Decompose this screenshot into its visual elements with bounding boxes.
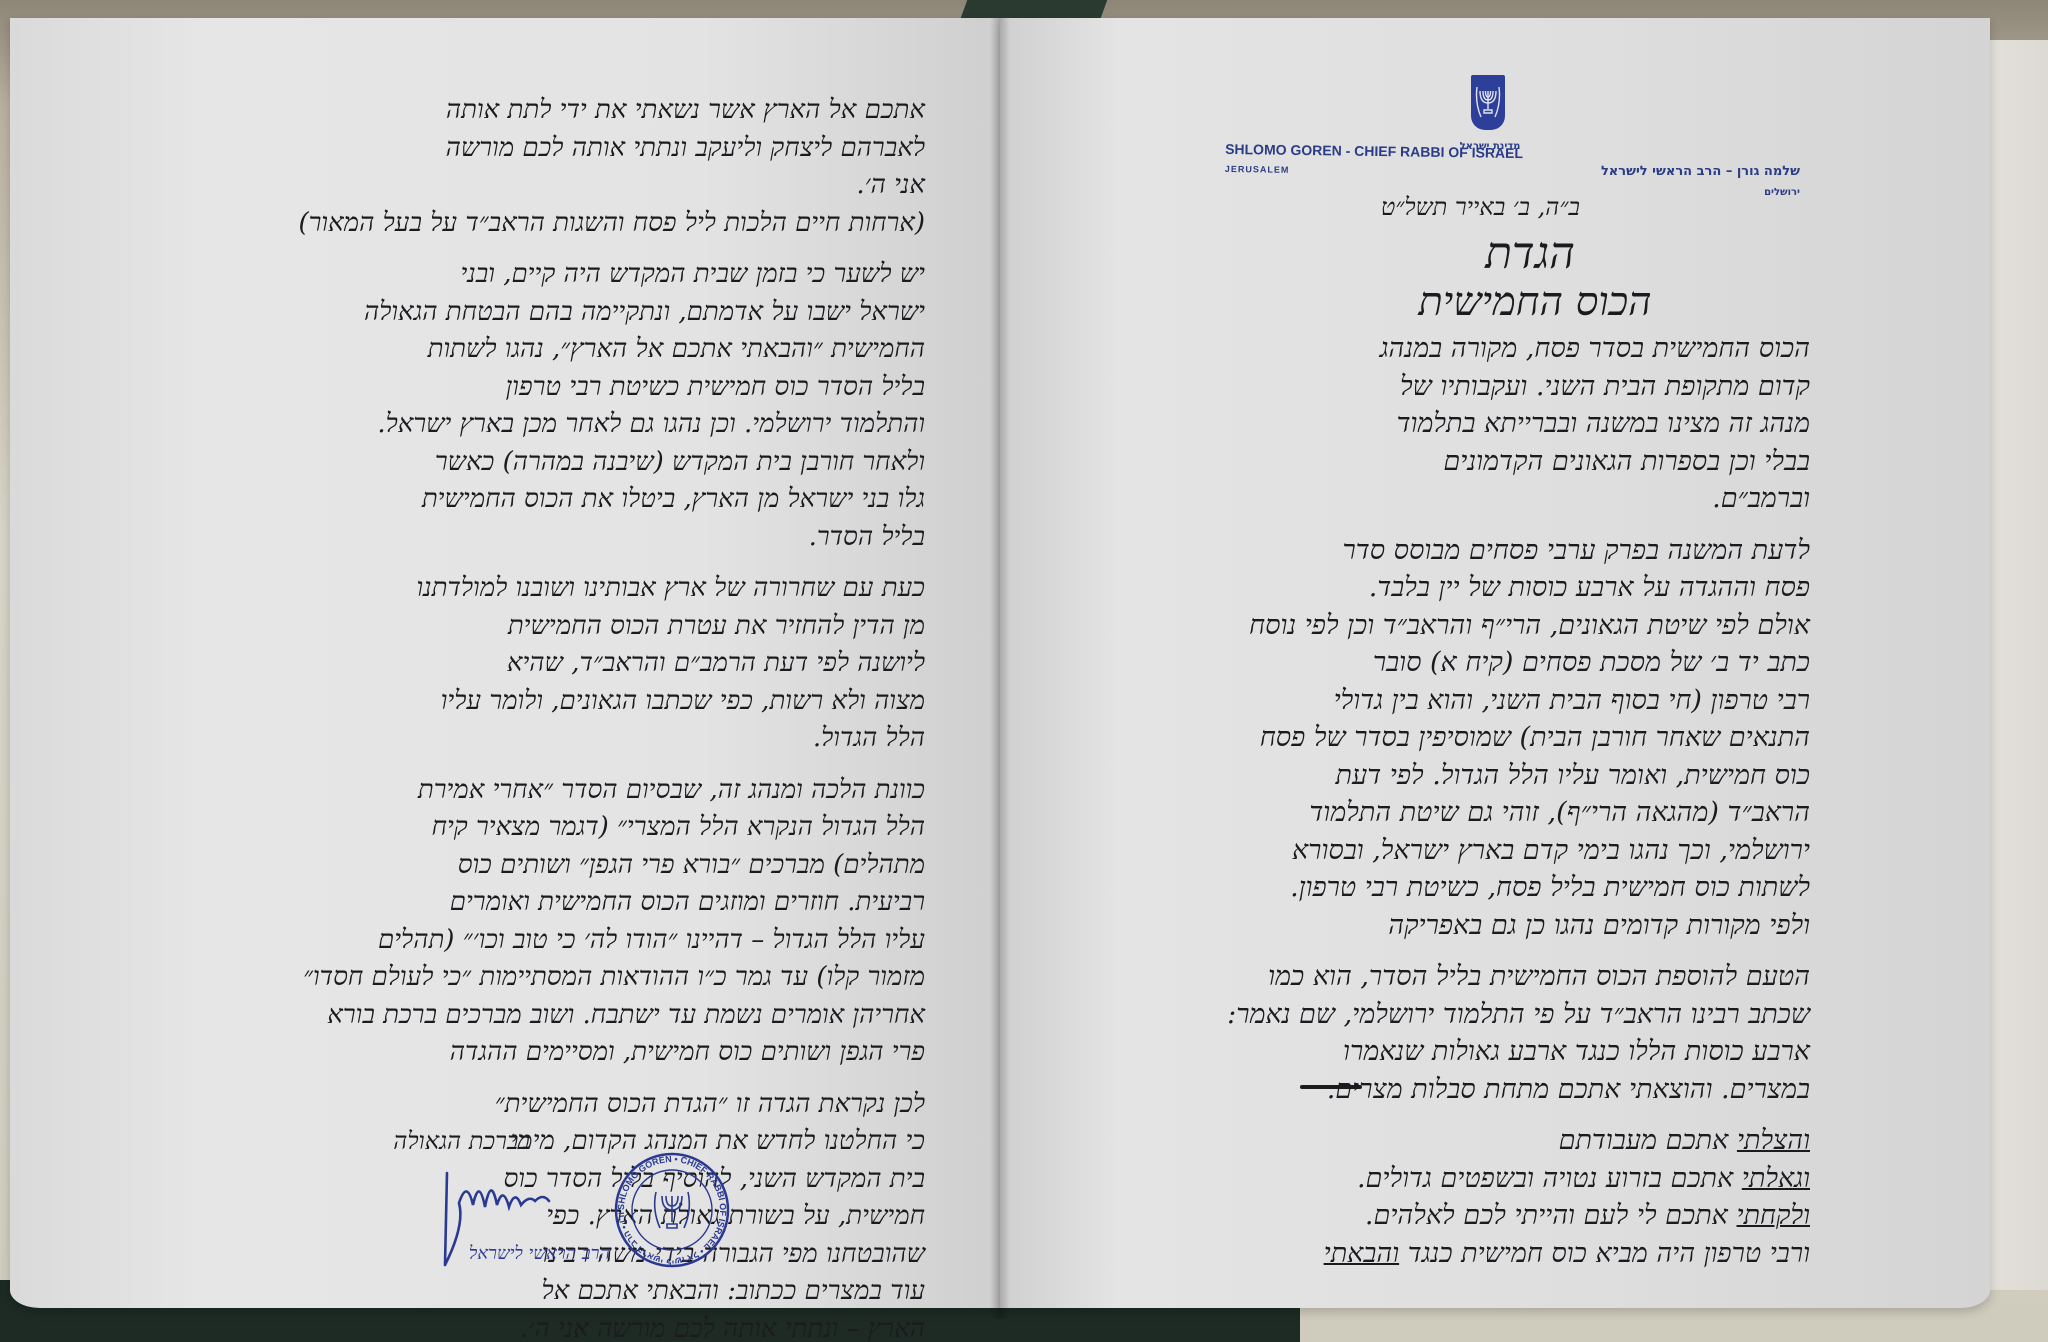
- left_page-text-line: מתהלים) מברכים ״בורא פרי הגפן״ ושותים כו…: [225, 847, 925, 885]
- paragraph-gap: [1190, 944, 1810, 958]
- left_page-text-line: בליל הסדר כוס חמישית כשיטת רבי טרפון: [225, 369, 925, 407]
- signature-title: הרב הראשי לישראל: [430, 1243, 610, 1264]
- letterhead-english-name: SHLOMO GOREN - CHIEF RABBI OF ISRAEL: [1225, 141, 1523, 161]
- right_page-text-line: פסח וההגדה על ארבע כוסות של יין בלבד.: [1190, 569, 1810, 607]
- book-gutter: [990, 18, 1010, 1318]
- left_page-text-line: אחריהן אומרים נשמת עד ישתבח. ושוב מברכים…: [225, 997, 925, 1035]
- left_page-text-line: מזמור קלו) עד גמר כ״ו ההודאות המסתיימות …: [225, 959, 925, 997]
- state-emblem-icon: [1471, 75, 1505, 130]
- left_page-text-line: לאברהם ליצחק וליעקב ונתתי אותה לכם מורשה: [225, 130, 925, 168]
- underlined-word: והבאתי: [1324, 1238, 1400, 1269]
- right_page-text-line: ירושלמי, וכך נהגו בימי קדם בארץ ישראל, ו…: [1190, 832, 1810, 870]
- right_page-text-line: וברמב״ם.: [1190, 480, 1810, 518]
- left_page-text-line: עליו הלל הגדול – דהיינו ״הודו לה׳ כי טוב…: [225, 922, 925, 960]
- right-page-body: הכוס החמישית בסדר פסח, מקורה במנהגקדום מ…: [1190, 330, 1810, 1272]
- left_page-text-line: הלל הגדול.: [225, 720, 925, 758]
- underlined-word: והצלתי: [1737, 1125, 1810, 1156]
- left_page-text-line: גלו בני ישראל מן הארץ, ביטלו את הכוס החמ…: [225, 481, 925, 519]
- right_page-text-line: בבלי וכן בספרות הגאונים הקדמונים: [1190, 443, 1810, 481]
- letter-closing: בברכת הגאולה: [280, 1127, 530, 1156]
- right_page-text-line: קדום מתקופת הבית השני. ועקבותיו של: [1190, 368, 1810, 406]
- left_page-text-line: ליושנה לפי דעת הרמב״ם והראב״ד, שהיא: [225, 645, 925, 683]
- left_page-text-line: (ארחות חיים הלכות ליל פסח והשגות הראב״ד …: [225, 205, 925, 243]
- svg-text:SHLOMO GOREN • CHIEF RABBI OF: SHLOMO GOREN • CHIEF RABBI OF ISRAEL • ש…: [612, 1150, 728, 1266]
- right_page-text-line: לדעת המשנה בפרק ערבי פסחים מבוסס סדר: [1190, 532, 1810, 570]
- letterhead-english: SHLOMO GOREN - CHIEF RABBI OF ISRAEL JER…: [1225, 141, 1523, 178]
- underlined-word: וגאלתי: [1742, 1163, 1810, 1194]
- paragraph-gap: [225, 242, 925, 256]
- left_page-text-line: ישראל ישבו על אדמתם, ונתקיימה בהם הבטחת …: [225, 294, 925, 332]
- right_page-text-line: ארבע כוסות הללו כנגד ארבע גאולות שנאמרו: [1190, 1033, 1810, 1071]
- left_page-text-line: החמישית ״והבאתי אתכם אל הארץ״, נהגו לשתו…: [225, 331, 925, 369]
- right_page-text-line: התנאים שאחר חורבן הבית) שמוסיפין בסדר של…: [1190, 719, 1810, 757]
- menorah-icon: [1475, 83, 1501, 123]
- left_page-text-line: לכן נקראת הגדה זו ״הגדת הכוס החמישית״: [225, 1086, 925, 1124]
- left_page-text-line: מן הדין להחזיר את עטרת הכוס החמישית: [225, 608, 925, 646]
- right_page-text-line: ולפי מקורות קדומים נהגו כן גם באפריקה: [1190, 907, 1810, 945]
- left_page-text-line: הארץ – ונתתי אותה לכם מורשה אני ה׳.: [225, 1311, 925, 1342]
- right_page-text-line: והצלתי אתכם מעבודתם: [1190, 1122, 1810, 1160]
- ink-dash-mark: [1300, 1085, 1362, 1089]
- left_page-text-line: בליל הסדר.: [225, 519, 925, 557]
- left_page-text-line: יש לשער כי בזמן שבית המקדש היה קיים, ובנ…: [225, 256, 925, 294]
- letterhead-hebrew-name: שלמה גורן – הרב הראשי לישראל: [1500, 164, 1800, 179]
- right_page-text-line: אולם לפי שיטת הגאונים, הרי״ף והראב״ד וכן…: [1190, 607, 1810, 645]
- left_page-text-line: הלל הגדול הנקרא הלל המצרי״ (דגמר מצאיר ק…: [225, 809, 925, 847]
- left_page-text-line: חמישית, על בשורת גאולת הארץ. כפי: [225, 1198, 925, 1236]
- left_page-text-line: והתלמוד ירושלמי. וכן נהגו גם לאחר מכן בא…: [225, 406, 925, 444]
- right_page-text-line: רבי טרפון (חי בסוף הבית השני, והוא בין ג…: [1190, 682, 1810, 720]
- right_page-text-line: לשתות כוס חמישית בליל פסח, כשיטת רבי טרפ…: [1190, 869, 1810, 907]
- left_page-text-line: פרי הגפן ושותים כוס חמישית, ומסיימים ההג…: [225, 1034, 925, 1072]
- paragraph-gap: [225, 1072, 925, 1086]
- right_page-text-line: ולקחתי אתכם לי לעם והייתי לכם לאלהים.: [1190, 1197, 1810, 1235]
- paragraph-gap: [225, 556, 925, 570]
- letter-title-line-2: הכוס החמישית: [1320, 278, 1750, 325]
- left_page-text-line: אני ה׳.: [225, 167, 925, 205]
- paragraph-gap: [1190, 1108, 1810, 1122]
- paragraph-gap: [225, 758, 925, 772]
- right_page-text-line: כתב יד ב׳ של מסכת פסחים (קיח א) סובר: [1190, 644, 1810, 682]
- official-stamp-icon: SHLOMO GOREN • CHIEF RABBI OF ISRAEL • ש…: [612, 1150, 732, 1270]
- right_page-text-line: הטעם להוספת הכוס החמישית בליל הסדר, הוא …: [1190, 958, 1810, 996]
- right_page-text-line: ורבי טרפון היה מביא כוס חמישית כנגד והבא…: [1190, 1235, 1810, 1273]
- left_page-text-line: עוד במצרים ככתוב: והבאתי אתכם אל: [225, 1273, 925, 1311]
- left_page-text-line: מצוה ולא רשות, כפי שכתבו הגאונים, ולומר …: [225, 683, 925, 721]
- left_page-text-line: כעת עם שחרורה של ארץ אבותינו ושובנו למול…: [225, 570, 925, 608]
- underlined-word: ולקחתי: [1736, 1200, 1810, 1231]
- right_page-text-line: וגאלתי אתכם בזרוע נטויה ובשפטים גדולים.: [1190, 1160, 1810, 1198]
- book-photo-scene: ier,noressineersreseveél,i aris.quinend,…: [0, 0, 2048, 1342]
- left_page-text-line: אתכם אל הארץ אשר נשאתי את ידי לתת אותה: [225, 92, 925, 130]
- right_page-text-line: מנהג זה מצינו במשנה ובברייתא בתלמוד: [1190, 405, 1810, 443]
- left_page-text-line: רביעית. חוזרים ומוזגים הכוס החמישית ואומ…: [225, 884, 925, 922]
- right_page-text-line: במצרים. והוצאתי אתכם מתחת סבלות מצרים.: [1190, 1071, 1810, 1109]
- left_page-text-line: בית המקדש השני, להוסיף בליל הסדר כוס: [225, 1161, 925, 1199]
- right_page-text-line: שכתב רבינו הראב״ד על פי התלמוד ירושלמי, …: [1190, 996, 1810, 1034]
- right_page-text-line: כוס חמישית, ואומר עליו הלל הגדול. לפי דע…: [1190, 757, 1810, 795]
- letter-title-line-1: הגדת: [1380, 228, 1680, 279]
- right_page-text-line: הראב״ד (מהגאה הרי״ף), זוהי גם שיטת התלמו…: [1190, 794, 1810, 832]
- left_page-text-line: ולאחר חורבן בית המקדש (שיבנה במהרה) כאשר: [225, 444, 925, 482]
- paragraph-gap: [1190, 518, 1810, 532]
- letter-date: ב״ה, ב׳ באייר תשל״ט: [1280, 193, 1580, 222]
- right_page-text-line: הכוס החמישית בסדר פסח, מקורה במנהג: [1190, 330, 1810, 368]
- left_page-text-line: כוונת הלכה ומנהג זה, שבסיום הסדר ״אחרי א…: [225, 772, 925, 810]
